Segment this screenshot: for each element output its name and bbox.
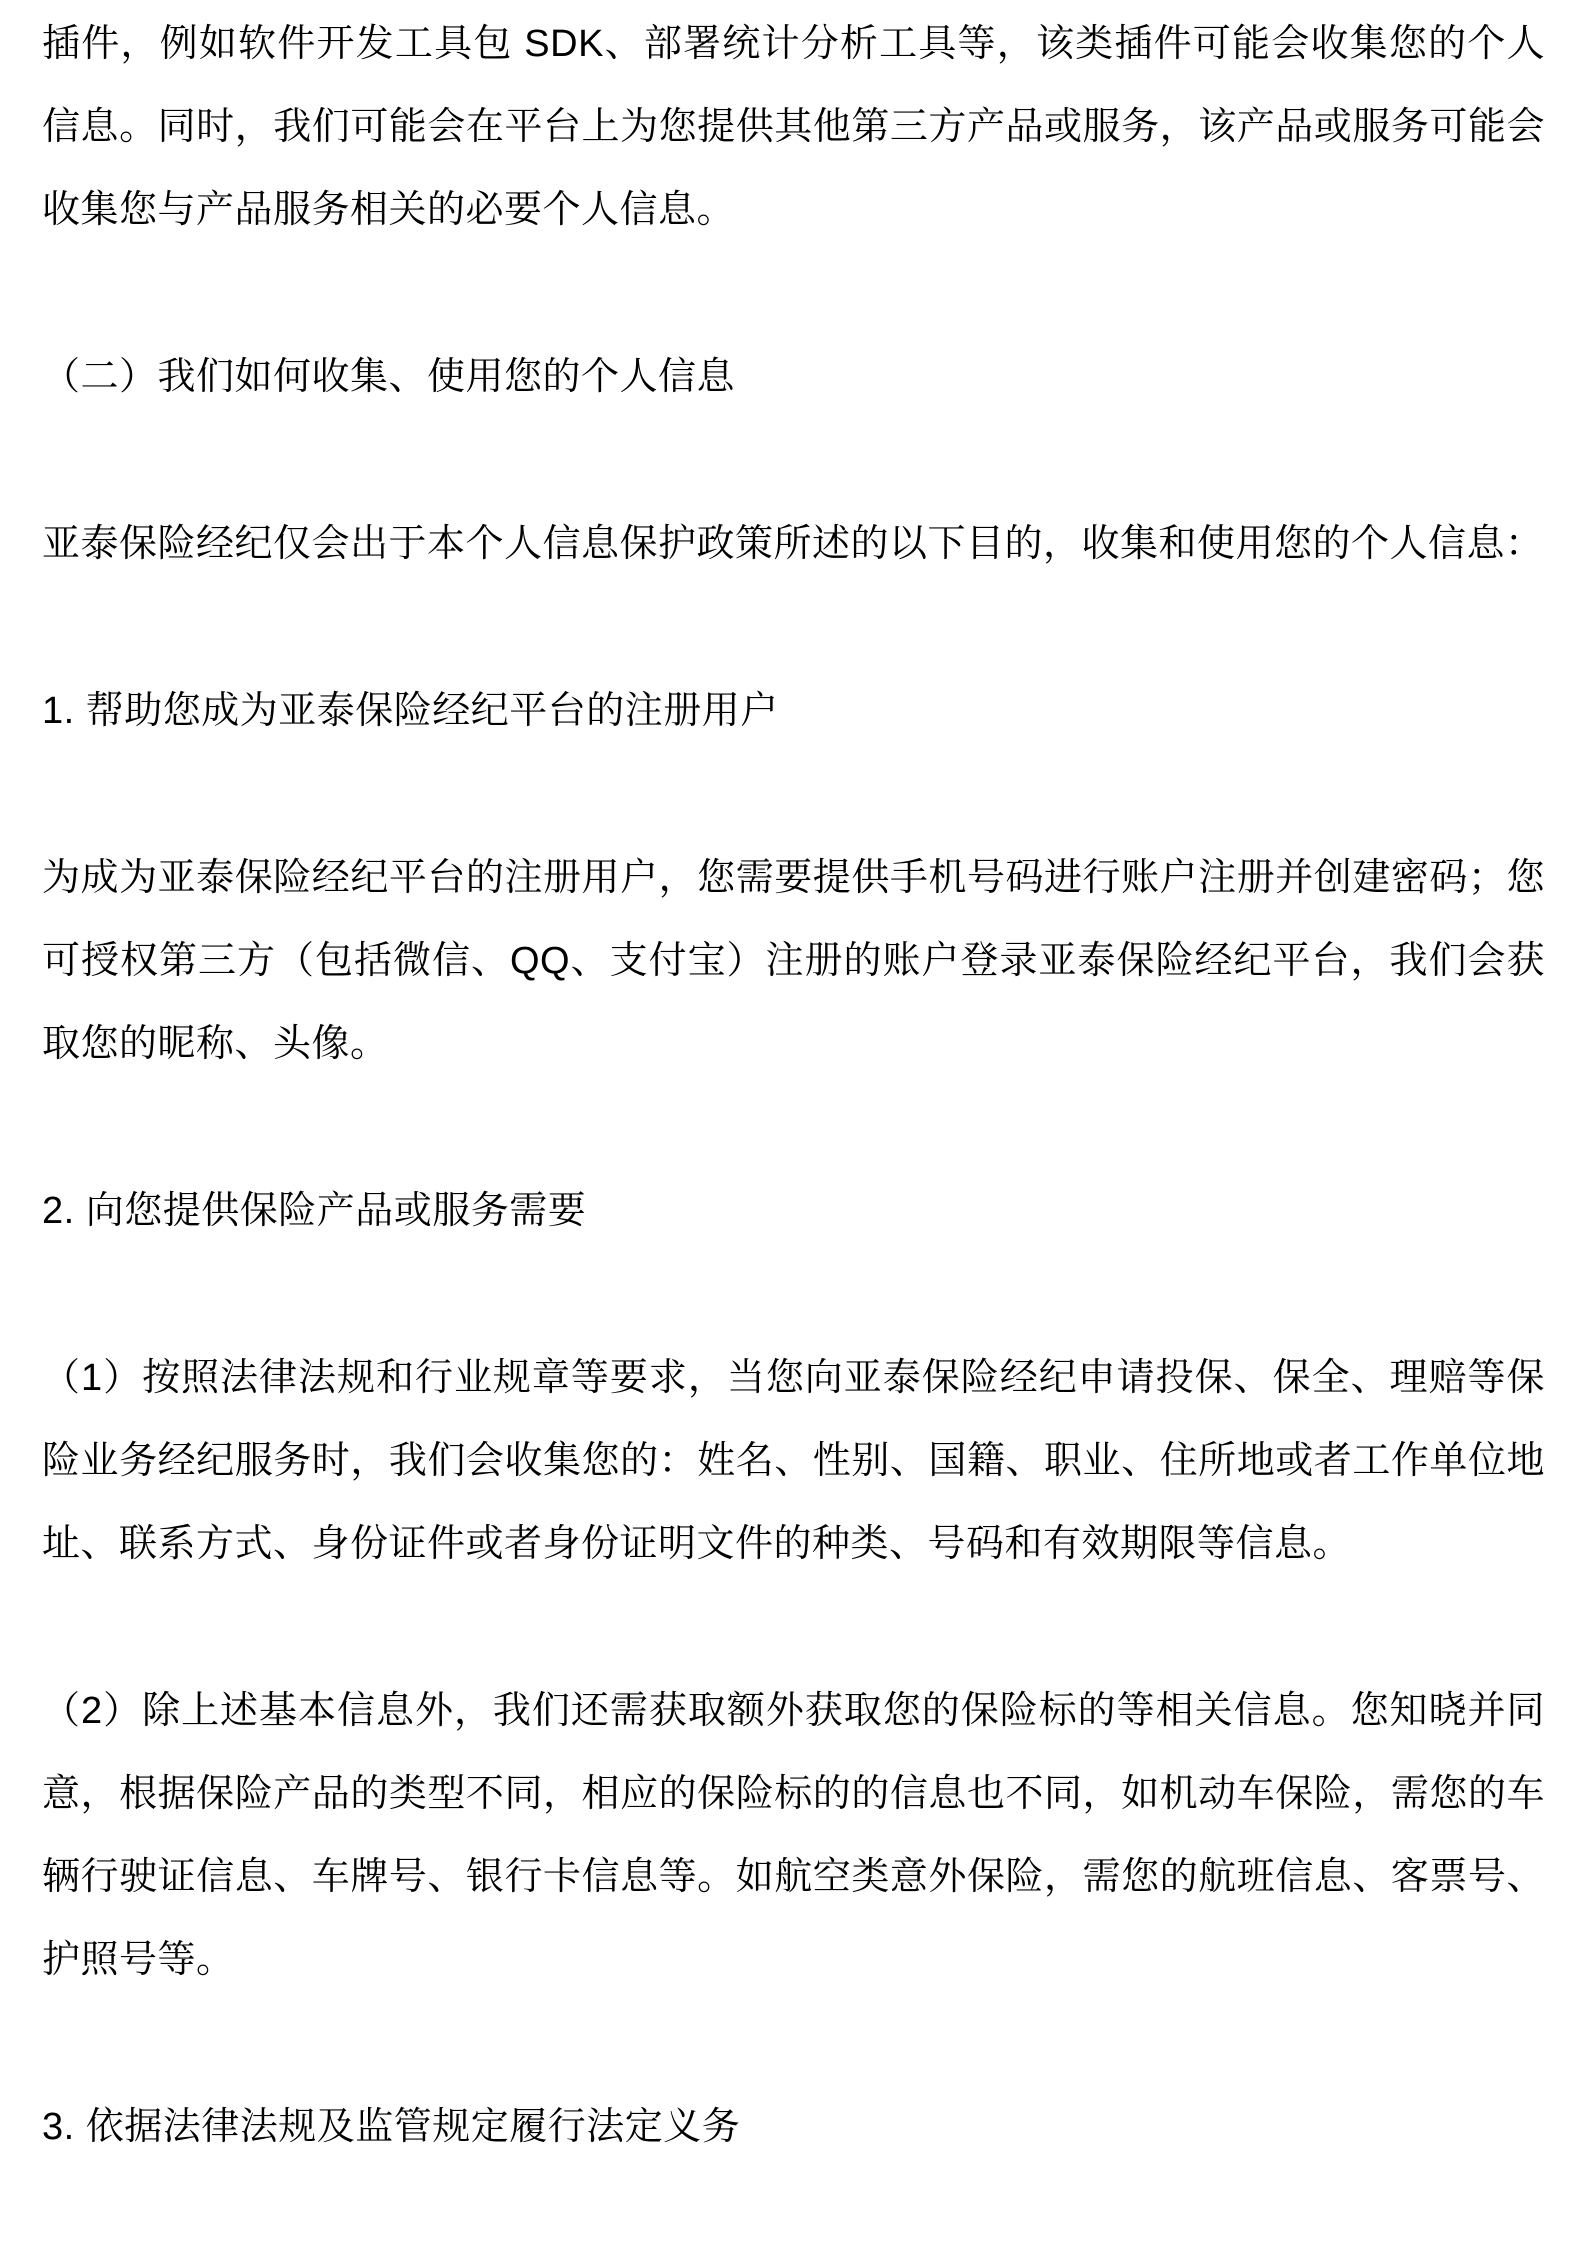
item-heading-2-provide-products: 2. 向您提供保险产品或服务需要 [42,1170,1545,1253]
paragraph-collection-purposes-intro: 亚泰保险经纪仅会出于本个人信息保护政策所述的以下目的，收集和使用您的个人信息： [42,503,1545,586]
paragraph-third-party-plugins: 插件，例如软件开发工具包 SDK、部署统计分析工具等，该类插件可能会收集您的个人… [42,3,1545,252]
paragraph-legal-requirements-info: （1）按照法律法规和行业规章等要求，当您向亚泰保险经纪申请投保、保全、理赔等保险… [42,1337,1545,1586]
item-heading-1-registration: 1. 帮助您成为亚泰保险经纪平台的注册用户 [42,670,1545,753]
document-page: 插件，例如软件开发工具包 SDK、部署统计分析工具等，该类插件可能会收集您的个人… [0,0,1587,2245]
paragraph-registration-details: 为成为亚泰保险经纪平台的注册用户，您需要提供手机号码进行账户注册并创建密码；您可… [42,837,1545,1086]
section-heading-how-we-collect: （二）我们如何收集、使用您的个人信息 [42,336,1545,419]
paragraph-additional-insurance-info: （2）除上述基本信息外，我们还需获取额外获取您的保险标的等相关信息。您知晓并同意… [42,1670,1545,2002]
item-heading-3-legal-obligations: 3. 依据法律法规及监管规定履行法定义务 [42,2086,1545,2169]
